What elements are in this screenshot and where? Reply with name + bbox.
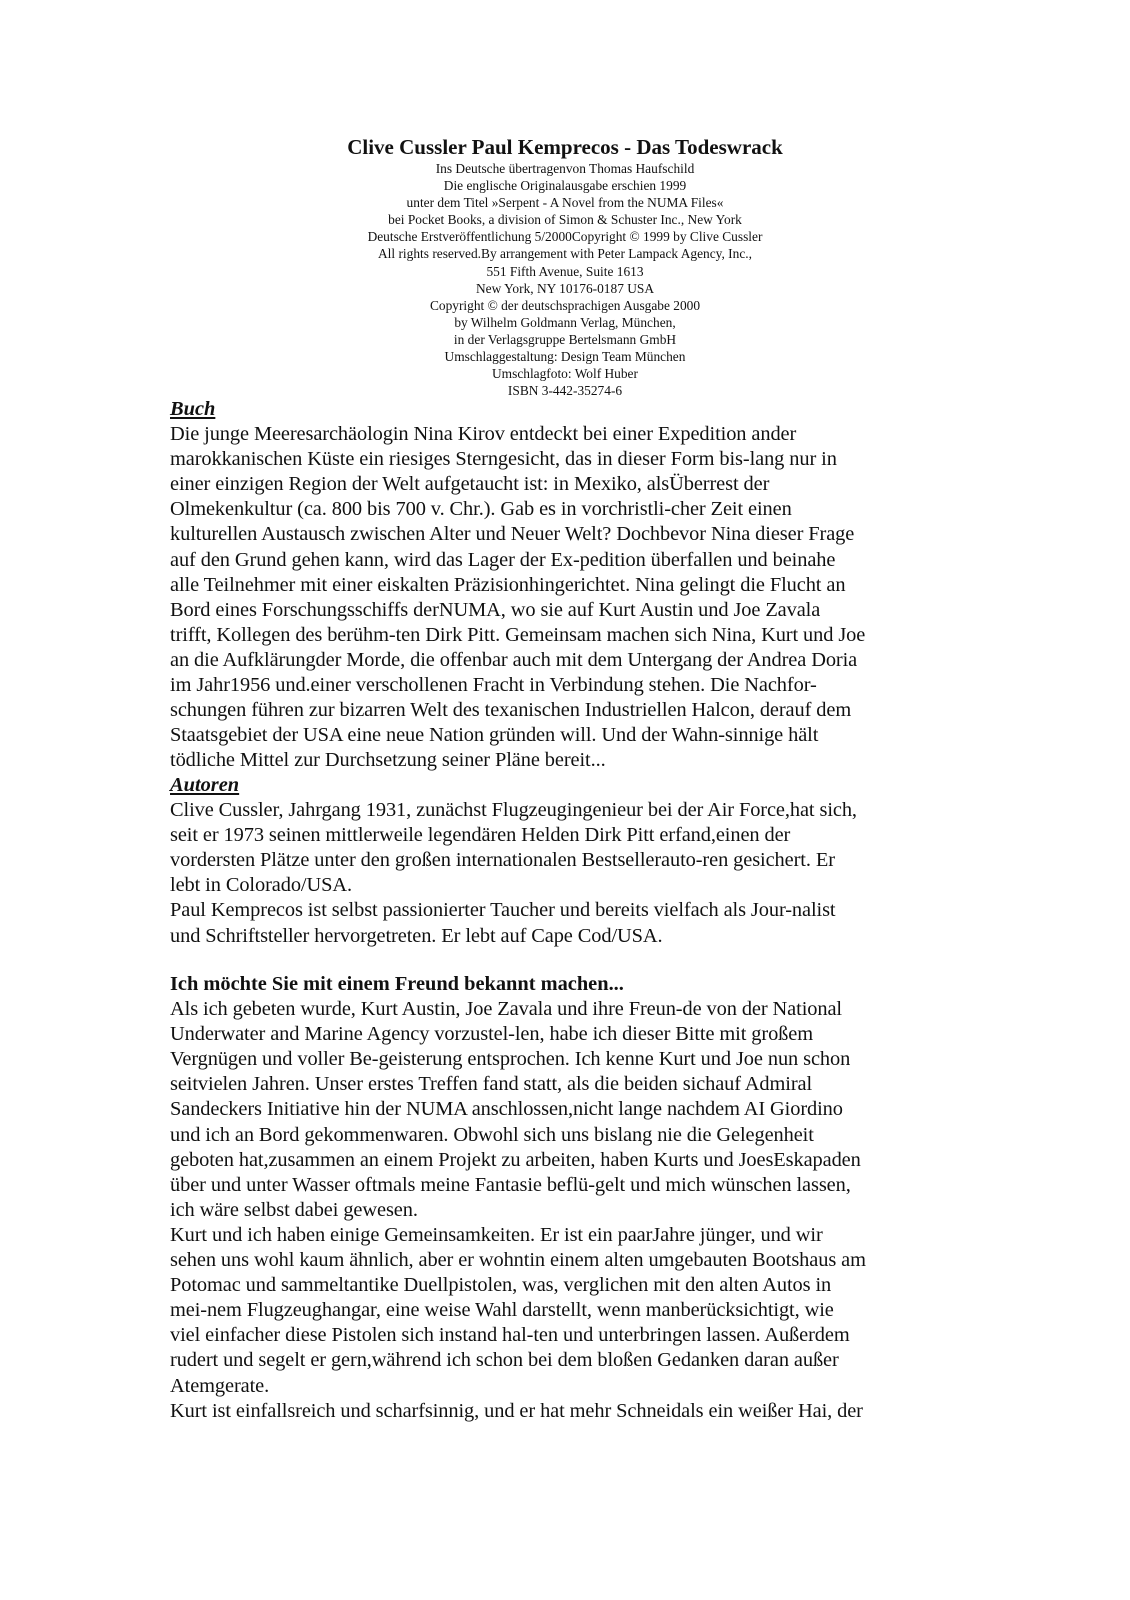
paragraph-line: schungen führen zur bizarren Welt des te…: [170, 698, 990, 723]
paragraph-line: viel einfacher diese Pistolen sich insta…: [170, 1323, 990, 1348]
credit-line: New York, NY 10176-0187 USA: [0, 280, 1130, 297]
paragraph-line: Vergnügen und voller Be-geisterung entsp…: [170, 1047, 990, 1072]
section-autoren: Autoren Clive Cussler, Jahrgang 1931, zu…: [170, 773, 990, 949]
credit-line: unter dem Titel »Serpent - A Novel from …: [0, 194, 1130, 211]
paragraph-line: über und unter Wasser oftmals meine Fant…: [170, 1173, 990, 1198]
paragraph-line: Clive Cussler, Jahrgang 1931, zunächst F…: [170, 798, 990, 823]
credit-line: Die englische Originalausgabe erschien 1…: [0, 177, 1130, 194]
credit-line: Umschlaggestaltung: Design Team München: [0, 348, 1130, 365]
paragraph-line: Atemgerate.: [170, 1374, 990, 1399]
paragraph-line: Kurt und ich haben einige Gemeinsamkeite…: [170, 1223, 990, 1248]
credit-line: Umschlagfoto: Wolf Huber: [0, 365, 1130, 382]
section-heading-buch: Buch: [170, 397, 990, 422]
paragraph-line: seitvielen Jahren. Unser erstes Treffen …: [170, 1072, 990, 1097]
paragraph-line: Als ich gebeten wurde, Kurt Austin, Joe …: [170, 997, 990, 1022]
paragraph-line: und ich an Bord gekommenwaren. Obwohl si…: [170, 1123, 990, 1148]
credit-line: Copyright © der deutschsprachigen Ausgab…: [0, 297, 1130, 314]
paragraph-line: einer einzigen Region der Welt aufgetauc…: [170, 472, 990, 497]
section-buch: Buch Die junge Meeresarchäologin Nina Ki…: [170, 397, 990, 773]
paragraph-line: Underwater and Marine Agency vorzustel-l…: [170, 1022, 990, 1047]
document-page: Clive Cussler Paul Kemprecos - Das Todes…: [0, 0, 1130, 1600]
paragraph-line: sehen uns wohl kaum ähnlich, aber er woh…: [170, 1248, 990, 1273]
paragraph-line: auf den Grund gehen kann, wird das Lager…: [170, 548, 990, 573]
paragraph-line: Olmekenkultur (ca. 800 bis 700 v. Chr.).…: [170, 497, 990, 522]
paragraph-line: Paul Kemprecos ist selbst passionierter …: [170, 898, 990, 923]
credit-line: Deutsche Erstveröffentlichung 5/2000Copy…: [0, 228, 1130, 245]
credit-line: 551 Fifth Avenue, Suite 1613: [0, 263, 1130, 280]
credit-line: bei Pocket Books, a division of Simon & …: [0, 211, 1130, 228]
paragraph-line: Sandeckers Initiative hin der NUMA ansch…: [170, 1097, 990, 1122]
paragraph-line: rudert und segelt er gern,während ich sc…: [170, 1348, 990, 1373]
paragraph-line: Potomac und sammeltantike Duellpistolen,…: [170, 1273, 990, 1298]
document-title: Clive Cussler Paul Kemprecos - Das Todes…: [0, 135, 1130, 159]
paragraph-line: Kurt ist einfallsreich und scharfsinnig,…: [170, 1399, 990, 1424]
paragraph-line: mei-nem Flugzeughangar, eine weise Wahl …: [170, 1298, 990, 1323]
credit-line: by Wilhelm Goldmann Verlag, München,: [0, 314, 1130, 331]
paragraph-line: kulturellen Austausch zwischen Alter und…: [170, 522, 990, 547]
paragraph-line: trifft, Kollegen des berühm-ten Dirk Pit…: [170, 623, 990, 648]
paragraph-line: Bord eines Forschungsschiffs derNUMA, wo…: [170, 598, 990, 623]
credit-line: in der Verlagsgruppe Bertelsmann GmbH: [0, 331, 1130, 348]
paragraph-line: ich wäre selbst dabei gewesen.: [170, 1198, 990, 1223]
paragraph-line: Staatsgebiet der USA eine neue Nation gr…: [170, 723, 990, 748]
credit-line: All rights reserved.By arrangement with …: [0, 245, 1130, 262]
credits-block: Ins Deutsche übertragenvon Thomas Haufsc…: [0, 160, 1130, 399]
paragraph-line: alle Teilnehmer mit einer eiskalten Präz…: [170, 573, 990, 598]
paragraph-line: Die junge Meeresarchäologin Nina Kirov e…: [170, 422, 990, 447]
section-vorwort: Ich möchte Sie mit einem Freund bekannt …: [170, 972, 990, 1424]
paragraph-line: marokkanischen Küste ein riesiges Sterng…: [170, 447, 990, 472]
paragraph-line: tödliche Mittel zur Durchsetzung seiner …: [170, 748, 990, 773]
paragraph-line: und Schriftsteller hervorgetreten. Er le…: [170, 924, 990, 949]
credit-line: Ins Deutsche übertragenvon Thomas Haufsc…: [0, 160, 1130, 177]
section-heading-autoren: Autoren: [170, 773, 990, 798]
paragraph-line: geboten hat,zusammen an einem Projekt zu…: [170, 1148, 990, 1173]
paragraph-line: an die Aufklärungder Morde, die offenbar…: [170, 648, 990, 673]
paragraph-line: im Jahr1956 und.einer verschollenen Frac…: [170, 673, 990, 698]
paragraph-line: seit er 1973 seinen mittlerweile legendä…: [170, 823, 990, 848]
section-heading-vorwort: Ich möchte Sie mit einem Freund bekannt …: [170, 972, 990, 997]
paragraph-line: lebt in Colorado/USA.: [170, 873, 990, 898]
paragraph-line: vordersten Plätze unter den großen inter…: [170, 848, 990, 873]
